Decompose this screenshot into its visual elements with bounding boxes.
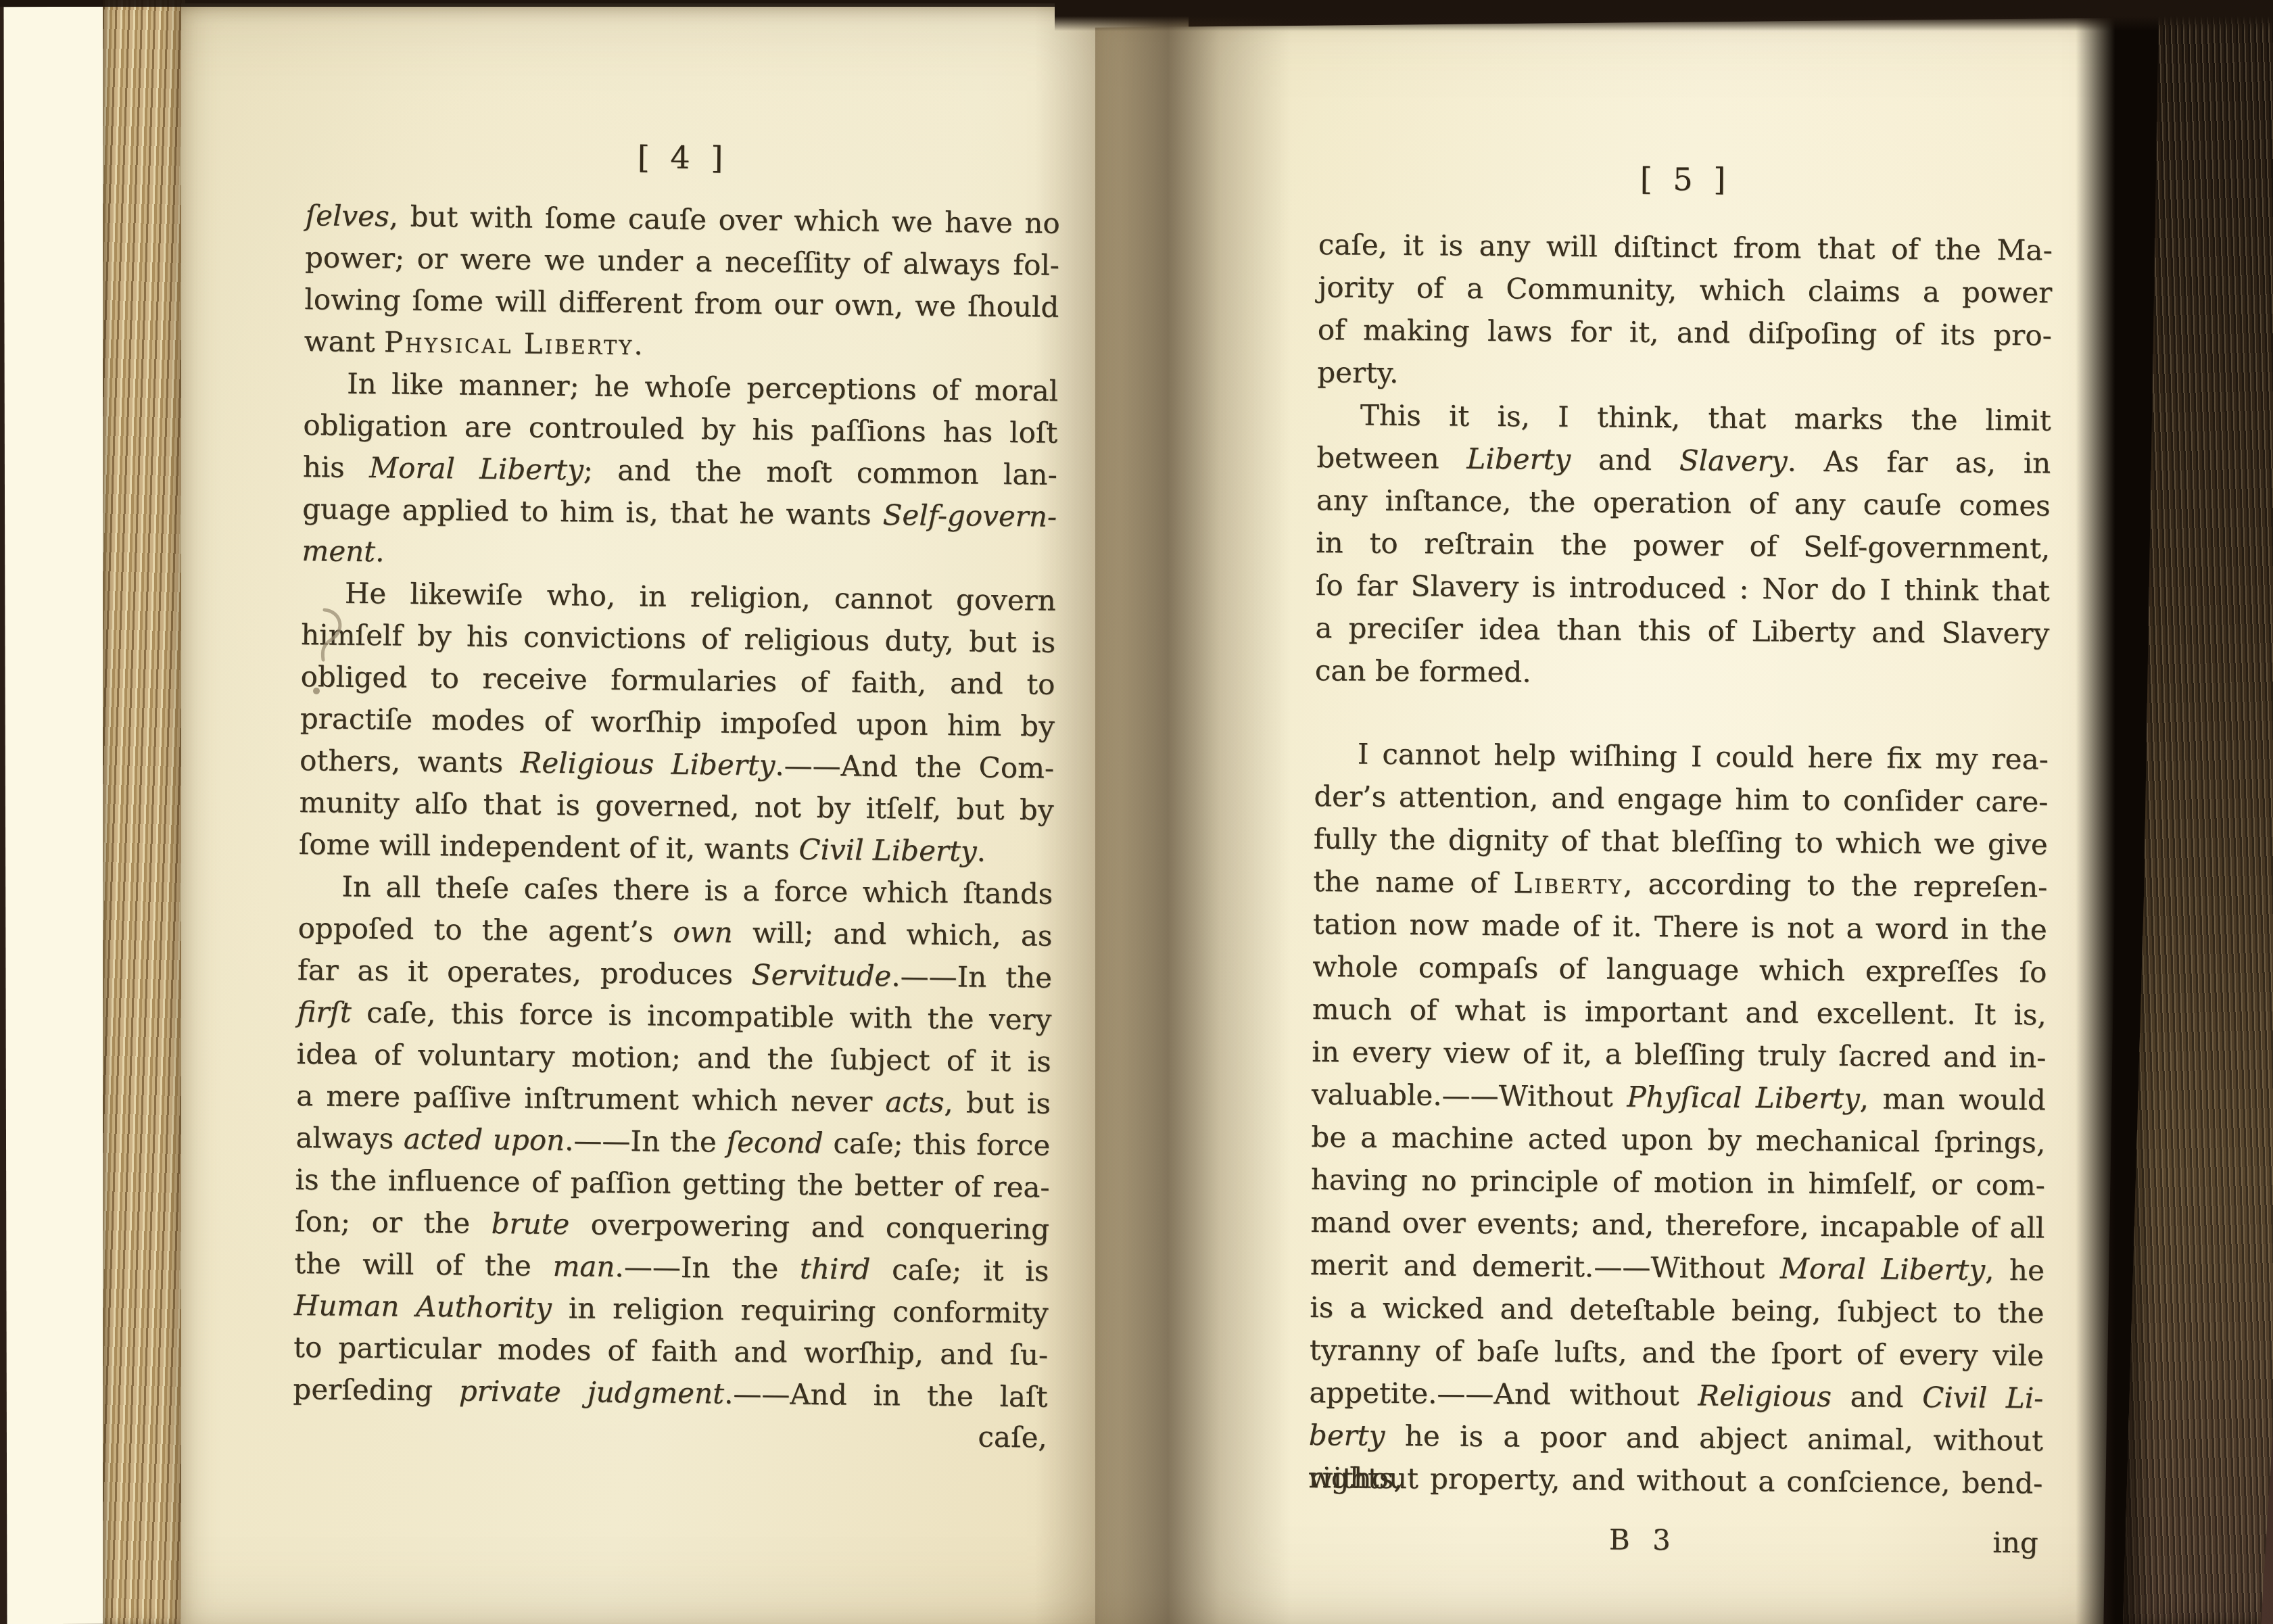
text-line: guage applied to him is, that he wants S… (302, 488, 1057, 538)
text-line: der’s attention, and engage him to conſi… (1314, 775, 2048, 823)
text-line: obligation are controuled by his paſſion… (303, 404, 1058, 454)
page-5-text: caſe, it is any will diſtinct from that … (1308, 223, 2053, 1587)
text-line: practiſe modes of worſhip impoſed upon h… (300, 698, 1055, 748)
text-line: without property, and without a conſcien… (1308, 1456, 2042, 1505)
text-line: in to reſtrain the power of Self-governm… (1316, 521, 2050, 570)
page-5-catchword: ing (1992, 1521, 2038, 1565)
text-line: obliged to receive formularies of faith,… (300, 656, 1055, 706)
text-line: ſelves, but with ſome cauſe over which w… (305, 195, 1060, 245)
text-line: his Moral Liberty; and the moſt common l… (302, 446, 1057, 496)
text-line: merit and demerit.——Without Moral Libert… (1310, 1243, 2044, 1292)
page-5-number: [ 5 ] (1318, 159, 2053, 199)
text-line: perſeding private judgment.——And in the … (293, 1368, 1048, 1418)
text-line: is the influence of paſſion getting the … (295, 1159, 1050, 1209)
text-line: to particular modes of faith and worſhip… (293, 1327, 1049, 1377)
text-line: any inſtance, the operation of any cauſe… (1316, 479, 2051, 527)
text-line: firſt caſe, this force is incompatible w… (297, 991, 1052, 1041)
text-line: much of what is important and excellent.… (1312, 988, 2047, 1036)
page-5-signature-row: B 3 ing (1308, 1516, 2042, 1565)
text-line: having no principle of motion in himſelf… (1311, 1158, 2045, 1207)
text-line: far as it operates, produces Servitude.—… (297, 949, 1053, 999)
page-4-catchword: caſe, (978, 1420, 1047, 1454)
text-line: between Liberty and Slavery. As far as, … (1316, 436, 2051, 485)
text-line: himſelf by his convictions of religious … (301, 614, 1056, 664)
text-line: a mere paſſive inſtrument which never ac… (296, 1075, 1051, 1125)
text-line: Human Authority in religion requiring co… (293, 1285, 1049, 1335)
page-4-catchword-row: caſe, (293, 1413, 1047, 1454)
top-shadow-band (1055, 0, 2273, 31)
text-line: lowing ſome will different from our own,… (304, 279, 1059, 329)
text-line: fully the dignity of that bleſſing to wh… (1314, 817, 2048, 866)
text-line: always acted upon.——In the ſecond caſe; … (295, 1117, 1051, 1167)
text-line: tation now made of it. There is not a wo… (1313, 903, 2047, 951)
text-line: power; or were we under a neceſſity of a… (305, 237, 1060, 287)
text-line: caſe, it is any will diſtinct from that … (1318, 223, 2053, 272)
text-line: can be formed. (1315, 649, 2049, 698)
text-line: This it is, I think, that marks the limi… (1317, 393, 2051, 442)
book-photo-scene: [ 4 ] [ 5 ] ſelves, but with ſome cauſe … (0, 0, 2273, 1624)
text-line: valuable.——Without Phyſical Liberty, man… (1312, 1073, 2046, 1122)
left-leaf-edge-stack (103, 0, 185, 1624)
text-line: others, wants Religious Liberty.——And th… (300, 740, 1055, 790)
text-line: tyranny of baſe luſts, and the ſport of … (1310, 1329, 2044, 1377)
text-line: ſon; or the brute overpowering and conqu… (295, 1201, 1050, 1251)
left-flyleaf-page-edge (3, 7, 107, 1624)
text-line: the name of Liberty, according to the re… (1313, 860, 2047, 909)
text-line: the will of the man.——In the third caſe;… (294, 1243, 1049, 1293)
text-line: appetite.——And without Religious and Civ… (1309, 1371, 2043, 1420)
text-line: want Physical Liberty. (304, 320, 1059, 371)
text-line: be a machine acted upon by mechanical ſp… (1311, 1116, 2045, 1164)
text-line: in every view of it, a bleſſing truly ſa… (1312, 1030, 2046, 1079)
text-line: In like manner; he whoſe perceptions of … (304, 362, 1059, 412)
handwritten-margin-mark (306, 603, 353, 704)
page-4-number: [ 4 ] (306, 137, 1060, 178)
text-line: ment. (302, 530, 1057, 580)
text-line: oppoſed to the agent’s own will; and whi… (297, 907, 1053, 957)
page-5-signature: B 3 (1609, 1518, 1677, 1561)
text-line: is a wicked and deteſtable being, ſubjec… (1310, 1286, 2044, 1335)
text-line: In all theſe caſes there is a force whic… (298, 865, 1053, 915)
text-line: ſome will independent of it, wants Civil… (299, 823, 1054, 874)
text-line: berty he is a poor and abject animal, wi… (1309, 1414, 2043, 1462)
text-line: munity alſo that is governed, not by itſ… (299, 782, 1054, 832)
text-line: jority of a Community, which claims a po… (1318, 266, 2052, 314)
text-line: mand over events; and, therefore, incapa… (1310, 1201, 2044, 1249)
text-line: perty. (1317, 351, 2051, 400)
text-line: of making laws for it, and diſpoſing of … (1318, 308, 2052, 357)
text-line: ſo far Slavery is introduced : Nor do I … (1316, 564, 2050, 613)
text-line: whole compaſs of language which expreſſe… (1312, 945, 2047, 994)
text-line: I cannot help wiſhing I could here fix m… (1314, 732, 2049, 781)
text-line: He likewiſe who, in religion, cannot gov… (302, 572, 1057, 622)
text-line: idea of voluntary motion; and the ſubjec… (296, 1033, 1051, 1083)
text-line: a preciſer idea than this of Liberty and… (1315, 606, 2049, 655)
page-4-text: ſelves, but with ſome cauſe over which w… (291, 195, 1060, 1542)
